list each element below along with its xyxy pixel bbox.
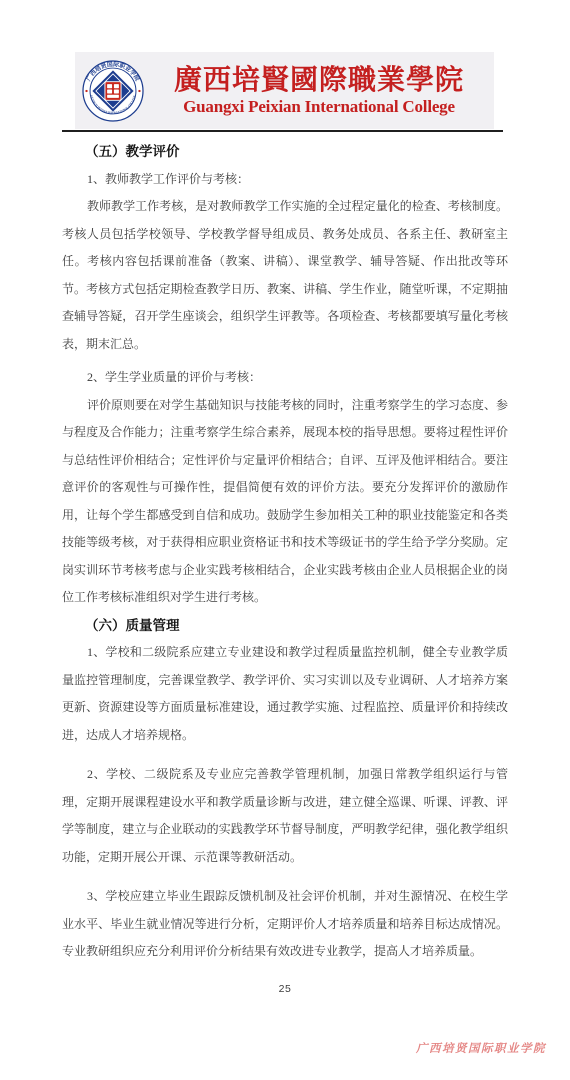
section-5-item-1-title: 1、教师教学工作评价与考核：: [62, 166, 508, 194]
document-page: 广西培贤国际职业学院 GUANGXI PEIXIAN INTERNATIONAL…: [0, 0, 570, 1080]
section-6-paragraph-3: 3、学校应建立毕业生跟踪反馈机制及社会评价机制，并对生源情况、在校生学业水平、毕…: [62, 883, 508, 966]
document-body: （五）教学评价 1、教师教学工作评价与考核： 教师教学工作考核，是对教师教学工作…: [62, 138, 508, 966]
page-number: 25: [0, 983, 570, 995]
college-name-english: Guangxi Peixian International College: [148, 97, 490, 117]
section-5-heading: （五）教学评价: [62, 138, 508, 166]
section-5-paragraph-1: 教师教学工作考核，是对教师教学工作实施的全过程定量化的检查、考核制度。考核人员包…: [62, 193, 508, 358]
section-6-paragraph-2: 2、学校、二级院系及专业应完善教学管理机制，加强日常教学组织运行与管理，定期开展…: [62, 761, 508, 871]
section-6-heading: （六）质量管理: [62, 612, 508, 640]
logo-left-dot: [85, 89, 87, 91]
college-name-chinese: 廣西培賢國際職業學院: [148, 64, 490, 97]
section-5-item-2-title: 2、学生学业质量的评价与考核：: [62, 364, 508, 392]
college-logo-icon: 广西培贤国际职业学院 GUANGXI PEIXIAN INTERNATIONAL…: [82, 60, 144, 122]
college-header: 广西培贤国际职业学院 GUANGXI PEIXIAN INTERNATIONAL…: [75, 52, 494, 129]
college-logo: 广西培贤国际职业学院 GUANGXI PEIXIAN INTERNATIONAL…: [82, 60, 144, 122]
footer-watermark: 广西培贤国际职业学院: [416, 1040, 546, 1056]
logo-right-dot: [138, 89, 140, 91]
header-divider: [62, 130, 503, 132]
section-5-paragraph-2: 评价原则要在对学生基础知识与技能考核的同时，注重考察学生的学习态度、参与程度及合…: [62, 392, 508, 612]
section-6-paragraph-1: 1、学校和二级院系应建立专业建设和教学过程质量监控机制，健全专业教学质量监控管理…: [62, 639, 508, 749]
college-titles: 廣西培賢國際職業學院 Guangxi Peixian International…: [148, 64, 494, 117]
